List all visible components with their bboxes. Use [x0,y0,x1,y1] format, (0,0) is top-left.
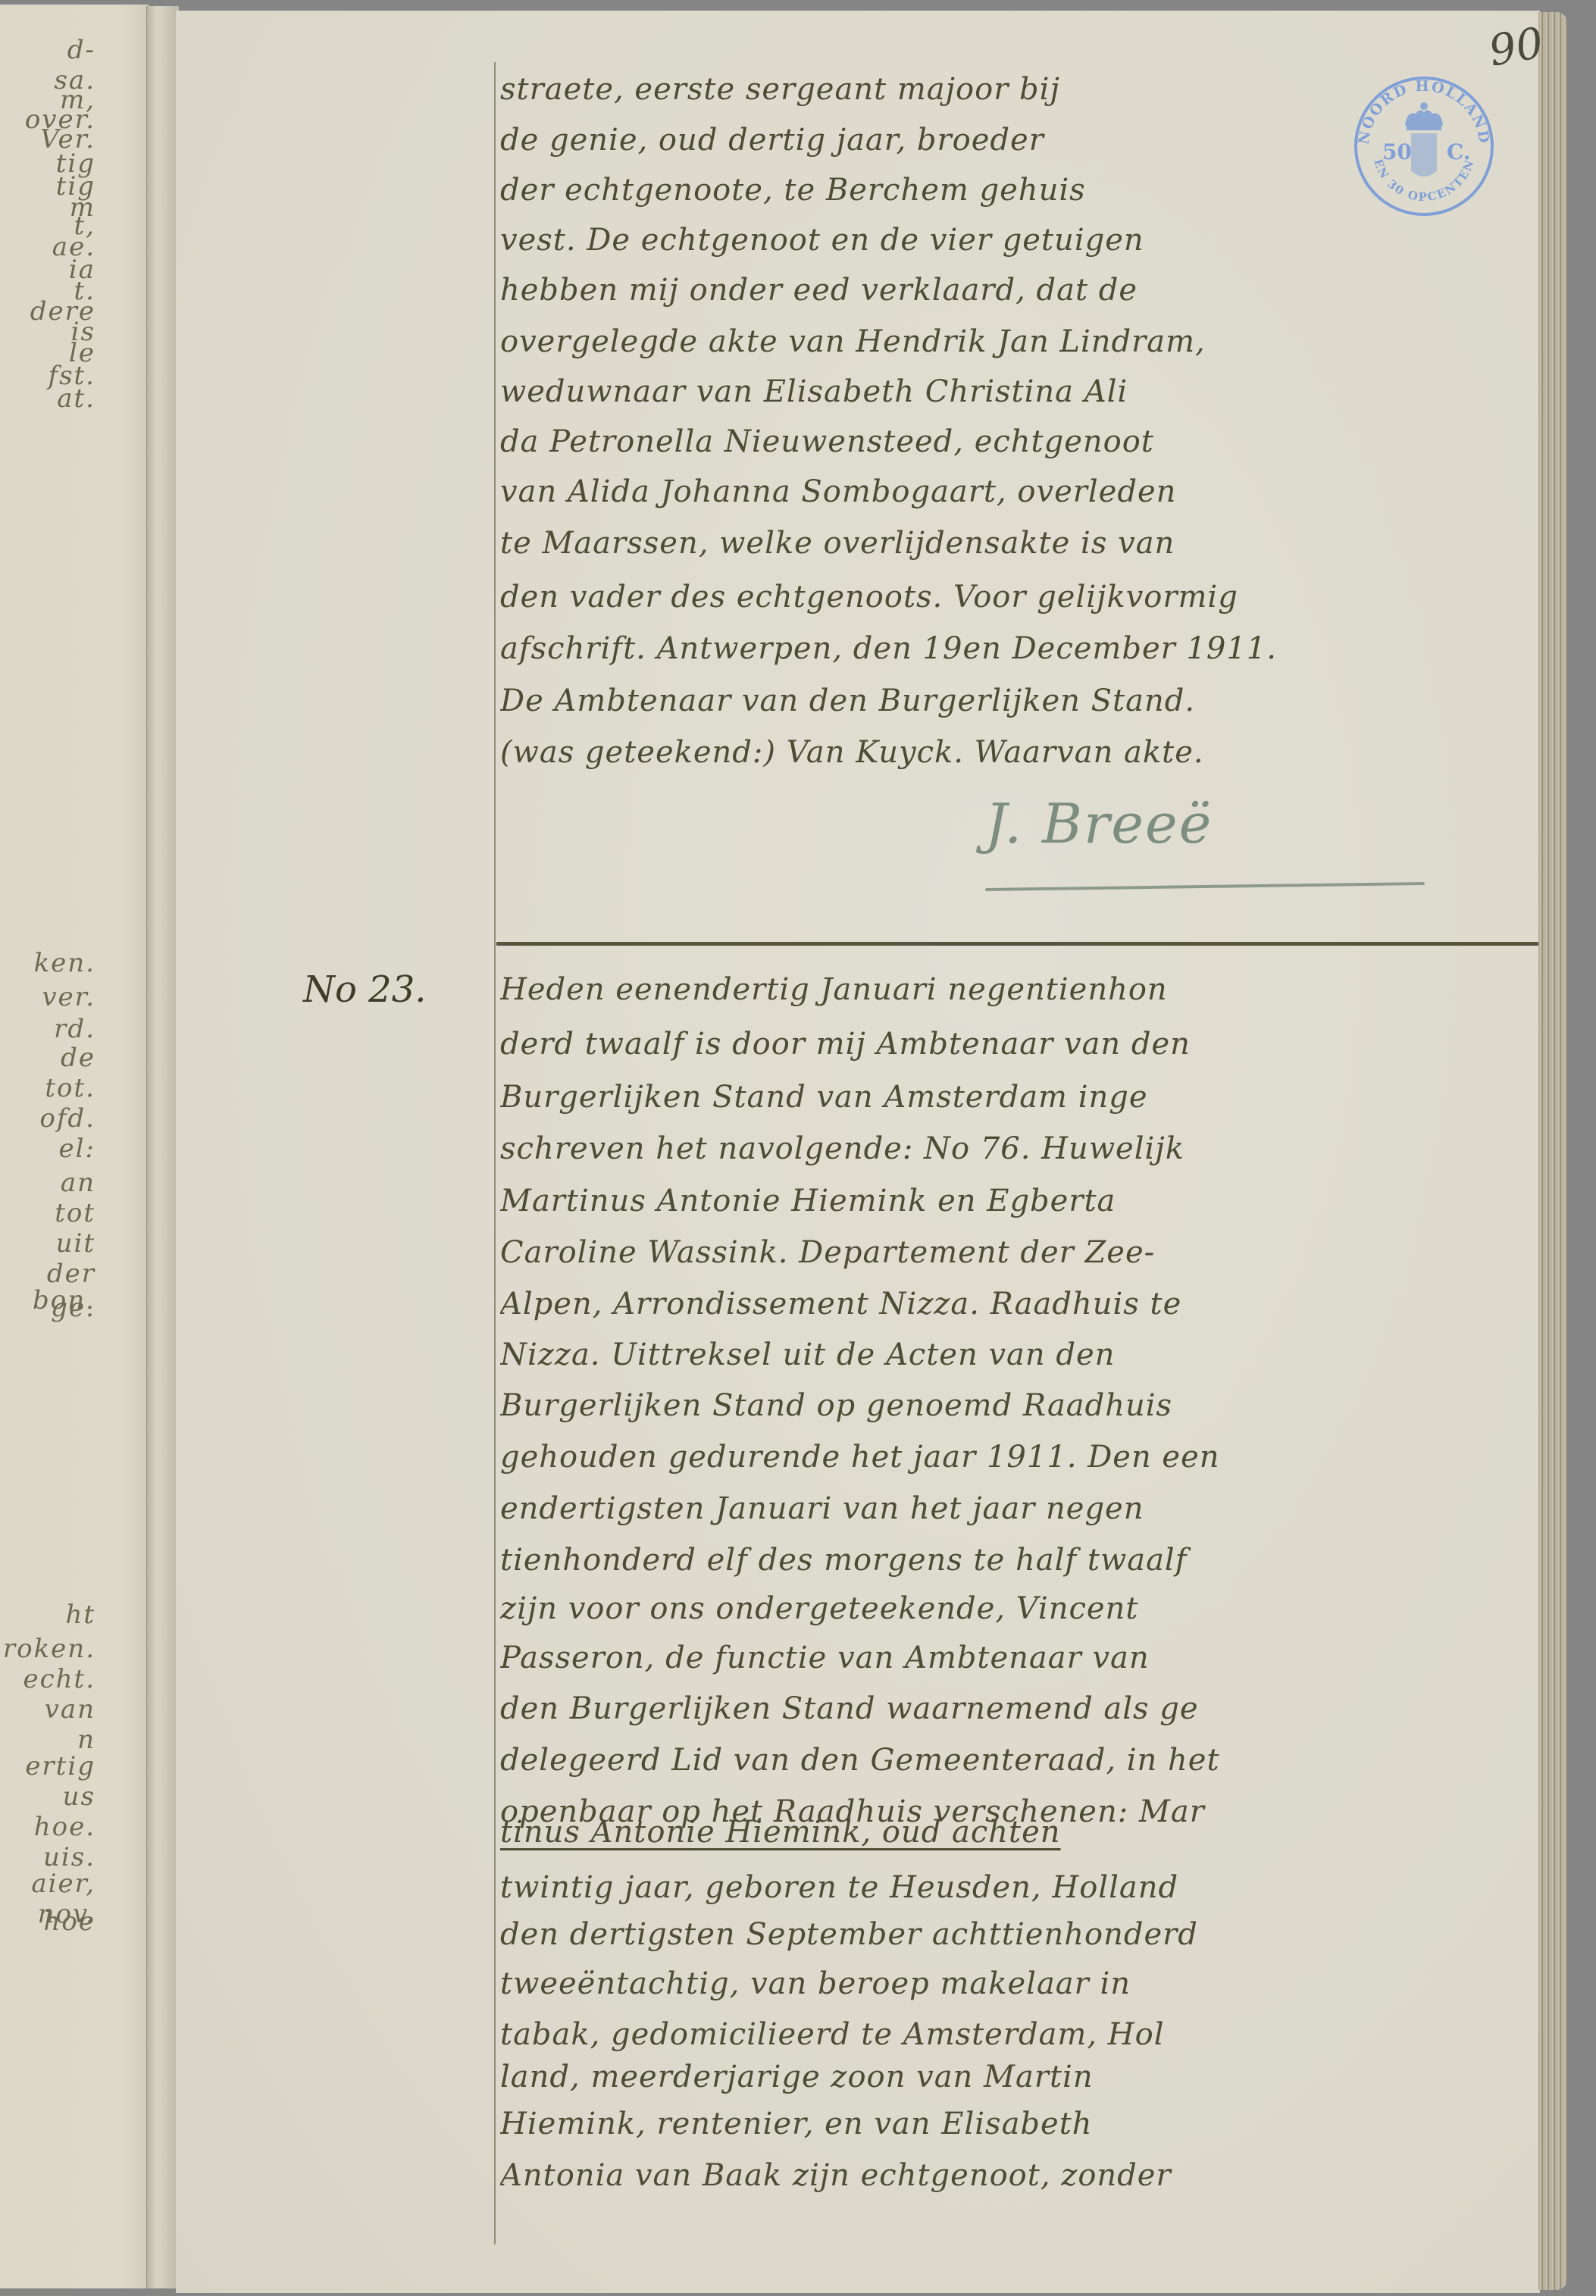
text-line: vest. De echtgenoot en de vier getuigen [500,223,1538,265]
text-line: Hiemink, rentenier, en van Elisabeth [500,2107,1538,2149]
text-line: hebben mij onder eed verklaard, dat de [500,273,1538,315]
text-line: de genie, oud dertig jaar, broeder [500,123,1538,165]
official-signature: J. Breeë [985,792,1213,856]
text-line: den dertigsten September achttienhonderd [500,1917,1538,1960]
left-fragment: ofd. [0,1103,149,1137]
left-fragment: tot [0,1198,149,1231]
left-fragment: hoe [0,1907,149,1940]
left-fragment: roken. [0,1634,149,1667]
left-fragment: el: [0,1134,149,1167]
text-line: overgelegde akte van Hendrik Jan Lindram… [500,324,1538,367]
left-fragment: aier, [0,1869,149,1902]
text-line: twintig jaar, geboren te Heusden, Hollan… [500,1870,1538,1913]
left-fragment: ken. [0,948,149,981]
text-line: Burgerlijken Stand van Amsterdam inge [500,1080,1538,1122]
left-fragment: an [0,1168,149,1201]
text-line: Heden eenendertig Januari negentienhon [500,972,1538,1015]
entry-number: No 23. [303,968,427,1011]
text-line: der echtgenoote, te Berchem gehuis [500,173,1538,215]
text-line: delegeerd Lid van den Gemeenteraad, in h… [500,1743,1538,1785]
text-line: Caroline Wassink. Departement der Zee- [500,1235,1538,1278]
text-line: Martinus Antonie Hiemink en Egberta [500,1184,1538,1226]
text-line: Antonia van Baak zijn echtgenoot, zonder [500,2158,1538,2201]
text-line: da Petronella Nieuwensteed, echtgenoot [500,424,1538,467]
left-fragment: tot. [0,1073,149,1106]
left-fragment: at. [0,383,149,417]
text-line: land, meerderjarige zoon van Martin [500,2060,1538,2102]
text-line: (was geteekend:) Van Kuyck. Waarvan akte… [500,735,1538,777]
text-line: tienhonderd elf des morgens te half twaa… [500,1543,1538,1585]
left-fragment: ertig [0,1751,149,1785]
left-fragment: d- [0,35,149,68]
left-fragment: de [0,1043,149,1076]
text-line: endertigsten Januari van het jaar negen [500,1491,1538,1534]
left-fragment: uit [0,1228,149,1262]
text-line: den Burgerlijken Stand waarnemend als ge [500,1691,1538,1734]
page-edges [1538,12,1567,2290]
left-fragment: van [0,1694,149,1728]
text-line: Alpen, Arrondissement Nizza. Raadhuis te [500,1287,1538,1329]
left-fragment: ver. [0,982,149,1015]
text-line: Nizza. Uittreksel uit de Acten van den [500,1337,1538,1380]
left-fragment: hoe. [0,1812,149,1845]
left-fragment: ge. [0,1293,149,1326]
text-line: tabak, gedomicilieerd te Amsterdam, Hol [500,2017,1538,2060]
left-fragment: echt. [0,1664,149,1697]
text-line: Burgerlijken Stand op genoemd Raadhuis [500,1388,1538,1431]
left-fragment: ht [0,1600,149,1633]
book-gutter [146,6,179,2288]
text-line: van Alida Johanna Sombogaart, overleden [500,474,1538,517]
text-line: Passeron, de functie van Ambtenaar van [500,1641,1538,1683]
entry-separator-rule [496,942,1538,946]
text-line: afschrift. Antwerpen, den 19en December … [500,631,1538,674]
text-line: zijn voor ons ondergeteekende, Vincent [500,1591,1538,1634]
left-fragment: us [0,1781,149,1815]
text-line-groom-name: tinus Antonie Hiemink, oud achten [500,1815,1538,1868]
margin-rule [494,62,496,2244]
text-line: te Maarssen, welke overlijdensakte is va… [500,526,1538,568]
text-line: schreven het navolgende: No 76. Huwelijk [500,1131,1538,1174]
text-line: gehouden gedurende het jaar 1911. Den ee… [500,1440,1538,1482]
folio-number: 90 [1485,18,1547,76]
left-page: d- sa. m, over. Ver. tig tig m t, ae. ia… [0,5,149,2288]
text-line: tweeëntachtig, van beroep makelaar in [500,1966,1538,2009]
text-line: derd twaalf is door mij Ambtenaar van de… [500,1027,1538,1069]
text-line: den vader des echtgenoots. Voor gelijkvo… [500,580,1538,622]
text-line: De Ambtenaar van den Burgerlijken Stand. [500,683,1538,726]
text-line: weduwnaar van Elisabeth Christina Ali [500,374,1538,417]
text-line: straete, eerste sergeant majoor bij [500,72,1538,114]
